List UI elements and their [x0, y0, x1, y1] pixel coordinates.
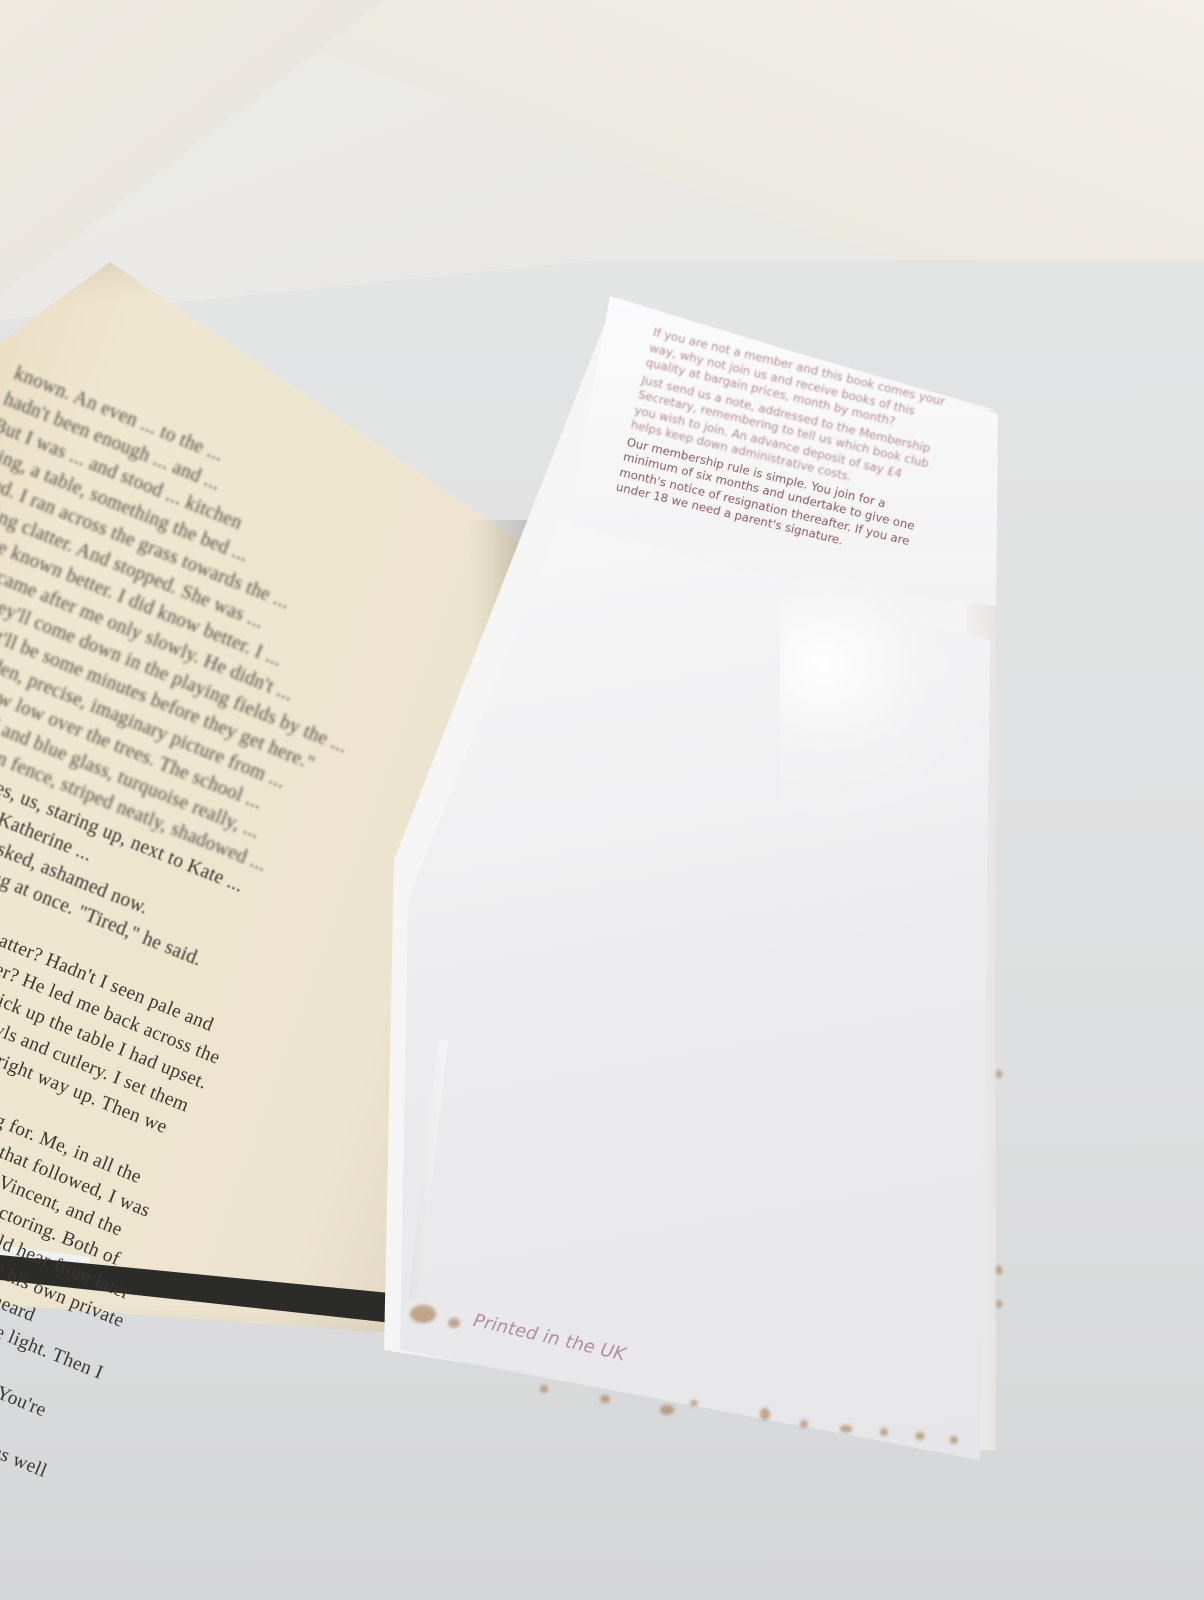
foxing-stain	[996, 1070, 1002, 1078]
foxing-stain	[660, 1405, 674, 1415]
foxing-stain	[448, 1318, 460, 1328]
foxing-stain	[880, 1428, 888, 1436]
foxing-stain	[540, 1385, 548, 1393]
foxing-stain	[950, 1436, 958, 1444]
foxing-stain	[800, 1420, 808, 1428]
foxing-stain	[840, 1425, 852, 1433]
foxing-stain	[996, 1300, 1002, 1308]
foxing-stain	[760, 1408, 770, 1420]
foxing-stain	[915, 1432, 925, 1440]
leaflet-curl-highlight	[780, 560, 1000, 820]
foxing-stain	[996, 1265, 1002, 1275]
foxing-stain	[690, 1400, 698, 1406]
foxing-stain	[600, 1395, 610, 1403]
foxing-stain	[410, 1305, 436, 1323]
